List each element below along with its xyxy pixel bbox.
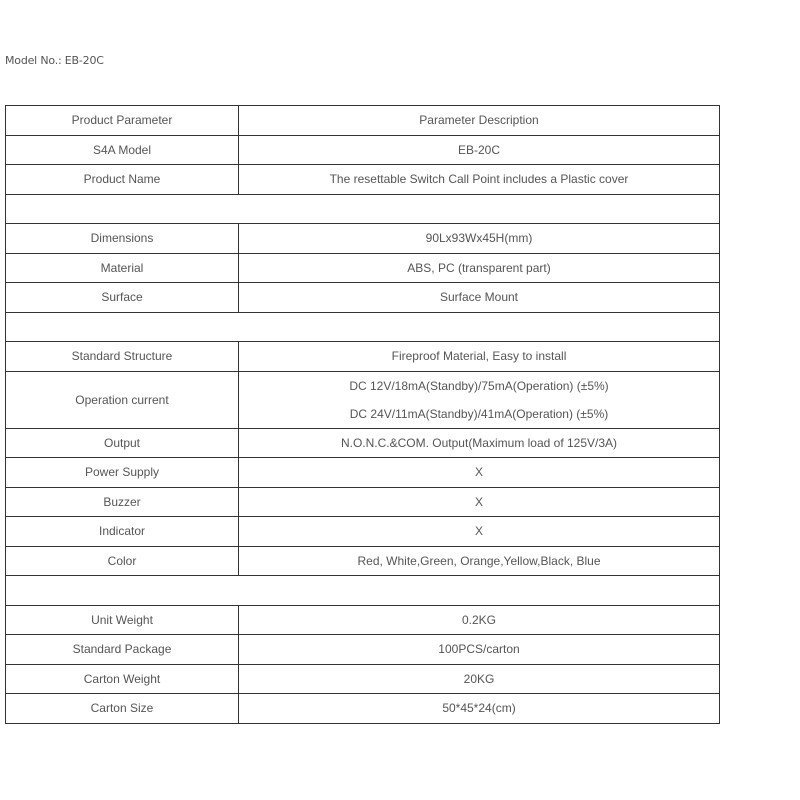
table-row: Standard Package100PCS/carton: [6, 635, 720, 665]
desc-cell: The resettable Switch Call Point include…: [239, 165, 720, 195]
param-cell: Carton Size: [6, 694, 239, 724]
table-row: Power SupplyX: [6, 458, 720, 488]
table-row: Dimensions90Lx93Wx45H(mm): [6, 224, 720, 254]
table-spacer-row: [6, 312, 720, 342]
desc-line: DC 12V/18mA(Standby)/75mA(Operation) (±5…: [239, 372, 719, 400]
table-row: SurfaceSurface Mount: [6, 283, 720, 313]
table-row: BuzzerX: [6, 487, 720, 517]
desc-cell: Surface Mount: [239, 283, 720, 313]
header-product-parameter: Product Parameter: [6, 106, 239, 136]
table-row: ColorRed, White,Green, Orange,Yellow,Bla…: [6, 546, 720, 576]
table-row: Unit Weight0.2KG: [6, 605, 720, 635]
spacer-cell: [6, 576, 720, 606]
table-spacer-row: [6, 194, 720, 224]
desc-cell: DC 12V/18mA(Standby)/75mA(Operation) (±5…: [239, 371, 720, 428]
table-row: IndicatorX: [6, 517, 720, 547]
desc-cell: N.O.N.C.&COM. Output(Maximum load of 125…: [239, 428, 720, 458]
spec-table: Product Parameter Parameter Description …: [5, 105, 720, 724]
desc-cell: 0.2KG: [239, 605, 720, 635]
desc-cell: 90Lx93Wx45H(mm): [239, 224, 720, 254]
table-row: MaterialABS, PC (transparent part): [6, 253, 720, 283]
param-cell: Surface: [6, 283, 239, 313]
table-row: Carton Weight20KG: [6, 664, 720, 694]
table-header-row: Product Parameter Parameter Description: [6, 106, 720, 136]
param-cell: Dimensions: [6, 224, 239, 254]
desc-cell: X: [239, 458, 720, 488]
param-cell: S4A Model: [6, 135, 239, 165]
param-cell: Buzzer: [6, 487, 239, 517]
model-number: Model No.: EB-20C: [5, 54, 104, 67]
header-parameter-description: Parameter Description: [239, 106, 720, 136]
desc-cell: X: [239, 517, 720, 547]
param-cell: Indicator: [6, 517, 239, 547]
param-cell: Carton Weight: [6, 664, 239, 694]
param-cell: Standard Structure: [6, 342, 239, 372]
table-row: S4A ModelEB-20C: [6, 135, 720, 165]
param-cell: Color: [6, 546, 239, 576]
param-cell: Product Name: [6, 165, 239, 195]
param-cell: Output: [6, 428, 239, 458]
table-spacer-row: [6, 576, 720, 606]
param-cell: Standard Package: [6, 635, 239, 665]
table-row: Product NameThe resettable Switch Call P…: [6, 165, 720, 195]
desc-cell: EB-20C: [239, 135, 720, 165]
desc-line: DC 24V/11mA(Standby)/41mA(Operation) (±5…: [239, 400, 719, 428]
spacer-cell: [6, 312, 720, 342]
desc-cell: 20KG: [239, 664, 720, 694]
desc-cell: ABS, PC (transparent part): [239, 253, 720, 283]
spacer-cell: [6, 194, 720, 224]
desc-cell: X: [239, 487, 720, 517]
desc-cell: 100PCS/carton: [239, 635, 720, 665]
desc-cell: Red, White,Green, Orange,Yellow,Black, B…: [239, 546, 720, 576]
param-cell: Power Supply: [6, 458, 239, 488]
param-cell: Operation current: [6, 371, 239, 428]
table-row: OutputN.O.N.C.&COM. Output(Maximum load …: [6, 428, 720, 458]
desc-cell: 50*45*24(cm): [239, 694, 720, 724]
desc-cell: Fireproof Material, Easy to install: [239, 342, 720, 372]
param-cell: Material: [6, 253, 239, 283]
table-row: Carton Size50*45*24(cm): [6, 694, 720, 724]
param-cell: Unit Weight: [6, 605, 239, 635]
table-row: Standard StructureFireproof Material, Ea…: [6, 342, 720, 372]
table-row: Operation currentDC 12V/18mA(Standby)/75…: [6, 371, 720, 428]
